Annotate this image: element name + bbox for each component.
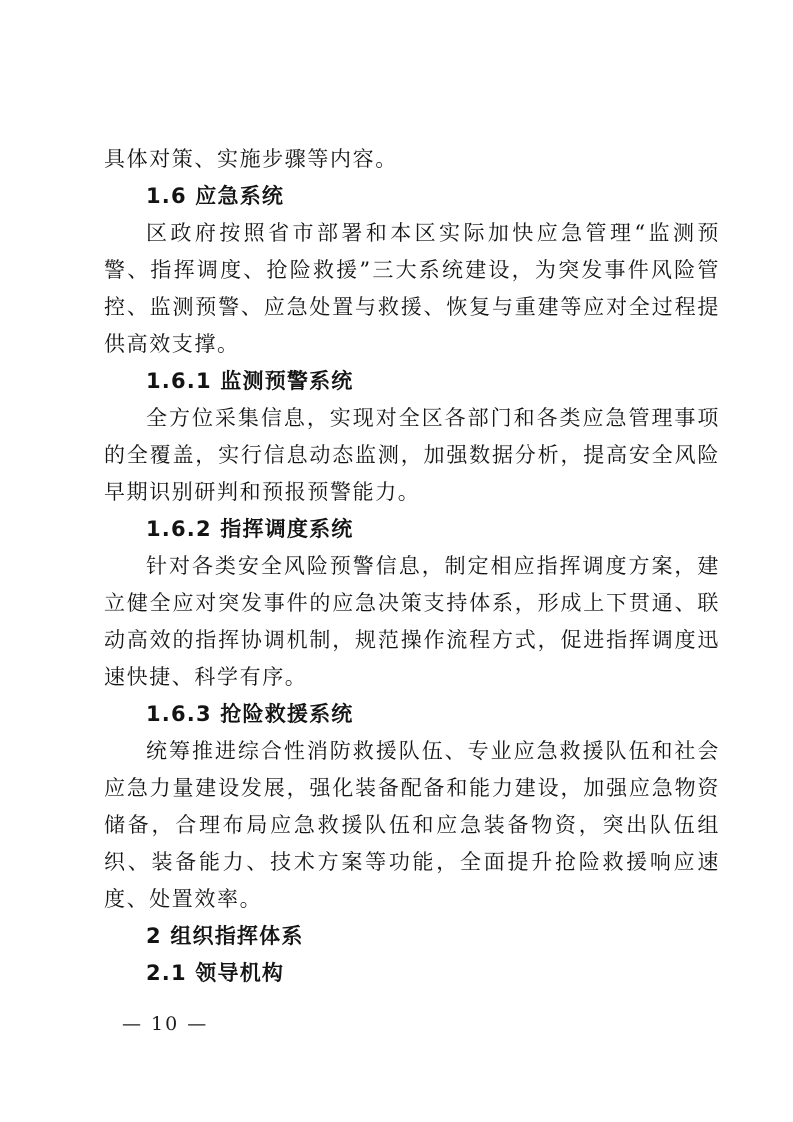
paragraph-emergency-system: 区政府按照省市部署和本区实际加快应急管理“监测预警、指挥调度、抢险救援”三大系统…: [104, 215, 720, 363]
section-heading-2-1: 2.1 领导机构: [104, 955, 720, 992]
section-heading-1-6: 1.6 应急系统: [104, 178, 720, 215]
section-heading-1-6-1: 1.6.1 监测预警系统: [104, 363, 720, 400]
paragraph-command-dispatch: 针对各类安全风险预警信息，制定相应指挥调度方案，建立健全应对突发事件的应急决策支…: [104, 548, 720, 696]
paragraph-continuation: 具体对策、实施步骤等内容。: [104, 141, 720, 178]
section-heading-1-6-3: 1.6.3 抢险救援系统: [104, 696, 720, 733]
document-page: 具体对策、实施步骤等内容。 1.6 应急系统 区政府按照省市部署和本区实际加快应…: [0, 0, 793, 1122]
page-number: — 10 —: [122, 1013, 208, 1035]
page-content: 具体对策、实施步骤等内容。 1.6 应急系统 区政府按照省市部署和本区实际加快应…: [104, 141, 720, 992]
section-heading-1-6-2: 1.6.2 指挥调度系统: [104, 511, 720, 548]
paragraph-rescue-system: 统筹推进综合性消防救援队伍、专业应急救援队伍和社会应急力量建设发展，强化装备配备…: [104, 733, 720, 918]
section-heading-2: 2 组织指挥体系: [104, 918, 720, 955]
paragraph-monitoring-warning: 全方位采集信息，实现对全区各部门和各类应急管理事项的全覆盖，实行信息动态监测，加…: [104, 400, 720, 511]
